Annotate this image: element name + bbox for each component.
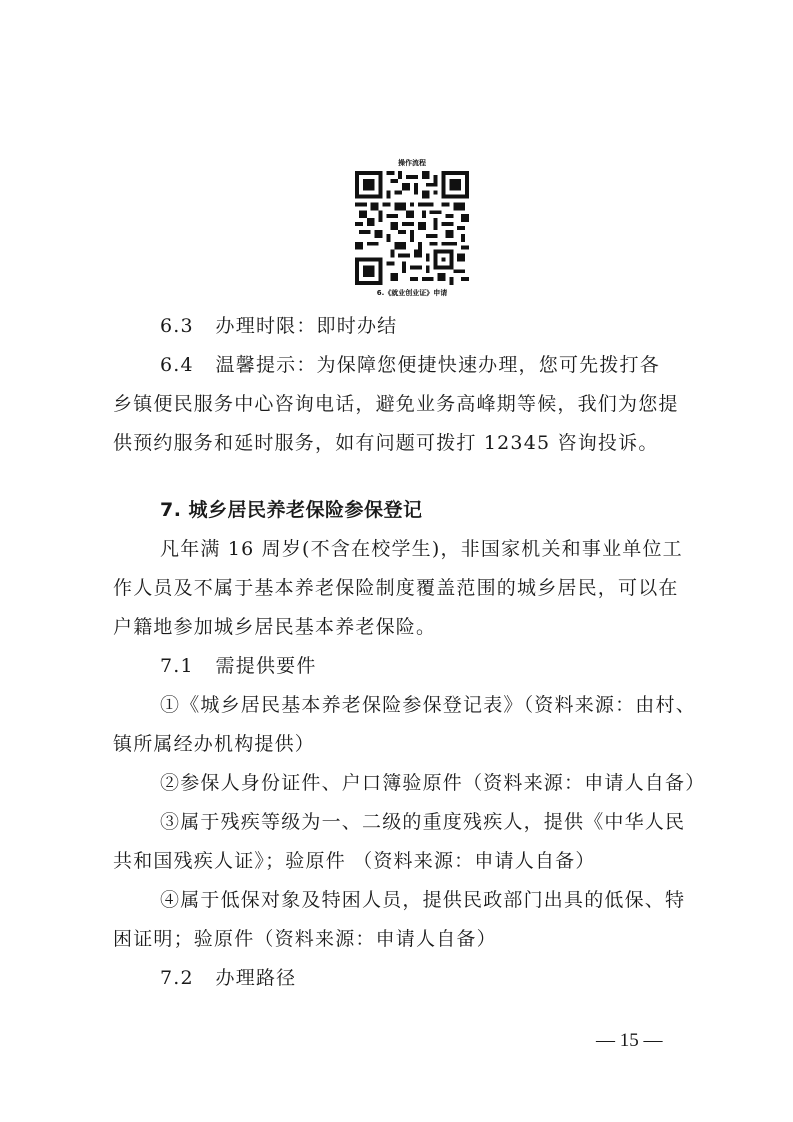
section-7-intro-line-1: 凡年满 16 周岁(不含在校学生)，非国家机关和事业单位工	[160, 535, 730, 563]
requirement-1-line-1: ①《城乡居民基本养老保险参保登记表》（资料来源：由村、	[160, 691, 730, 719]
section-7-2: 7.2 办理路径	[160, 964, 730, 992]
section-6-3: 6.3 办理时限：即时办结	[160, 312, 730, 340]
section-text: 办理时限：即时办结	[216, 315, 398, 337]
requirement-3-line-1: ③属于残疾等级为一、二级的重度残疾人，提供《中华人民	[160, 808, 730, 836]
section-number: 6.4	[160, 354, 194, 376]
requirement-3-line-2: 共和国残疾人证》；验原件 （资料来源：申请人自备）	[113, 847, 683, 875]
section-6-4-line-2: 乡镇便民服务中心咨询电话，避免业务高峰期等候，我们为您提	[113, 390, 683, 418]
section-7-intro-line-3: 户籍地参加城乡居民基本养老保险。	[113, 613, 683, 641]
requirement-4-line-2: 困证明；验原件（资料来源：申请人自备）	[113, 925, 683, 953]
requirement-2-line-1: ②参保人身份证件、户口簿验原件（资料来源：申请人自备）	[160, 769, 730, 797]
section-title: 办理路径	[216, 967, 297, 989]
section-text: 温馨提示：为保障您便捷快速办理，您可先拨打各	[216, 354, 660, 376]
section-6-4-line-1: 6.4 温馨提示：为保障您便捷快速办理，您可先拨打各	[160, 351, 730, 379]
section-number: 6.3	[160, 315, 194, 337]
requirement-4-line-1: ④属于低保对象及特困人员，提供民政部门出具的低保、特	[160, 886, 730, 914]
qr-caption-bottom: 6.《就业创业证》申请	[352, 288, 472, 298]
section-7-title: 7. 城乡居民养老保险参保登记	[160, 496, 730, 524]
requirement-1-line-2: 镇所属经办机构提供）	[113, 730, 683, 758]
section-title: 需提供要件	[216, 655, 317, 677]
section-number: 7.2	[160, 967, 194, 989]
section-6-4-line-3: 供预约服务和延时服务，如有问题可拨打 12345 咨询投诉。	[113, 429, 683, 457]
qr-code-icon	[355, 171, 469, 285]
section-7-intro-line-2: 作人员及不属于基本养老保险制度覆盖范围的城乡居民，可以在	[113, 574, 683, 602]
qr-code-block: 操作流程	[352, 158, 472, 298]
page-number: — 15 —	[596, 1028, 663, 1054]
section-7-1: 7.1 需提供要件	[160, 652, 730, 680]
qr-caption-top: 操作流程	[352, 158, 472, 168]
section-number: 7.1	[160, 655, 194, 677]
